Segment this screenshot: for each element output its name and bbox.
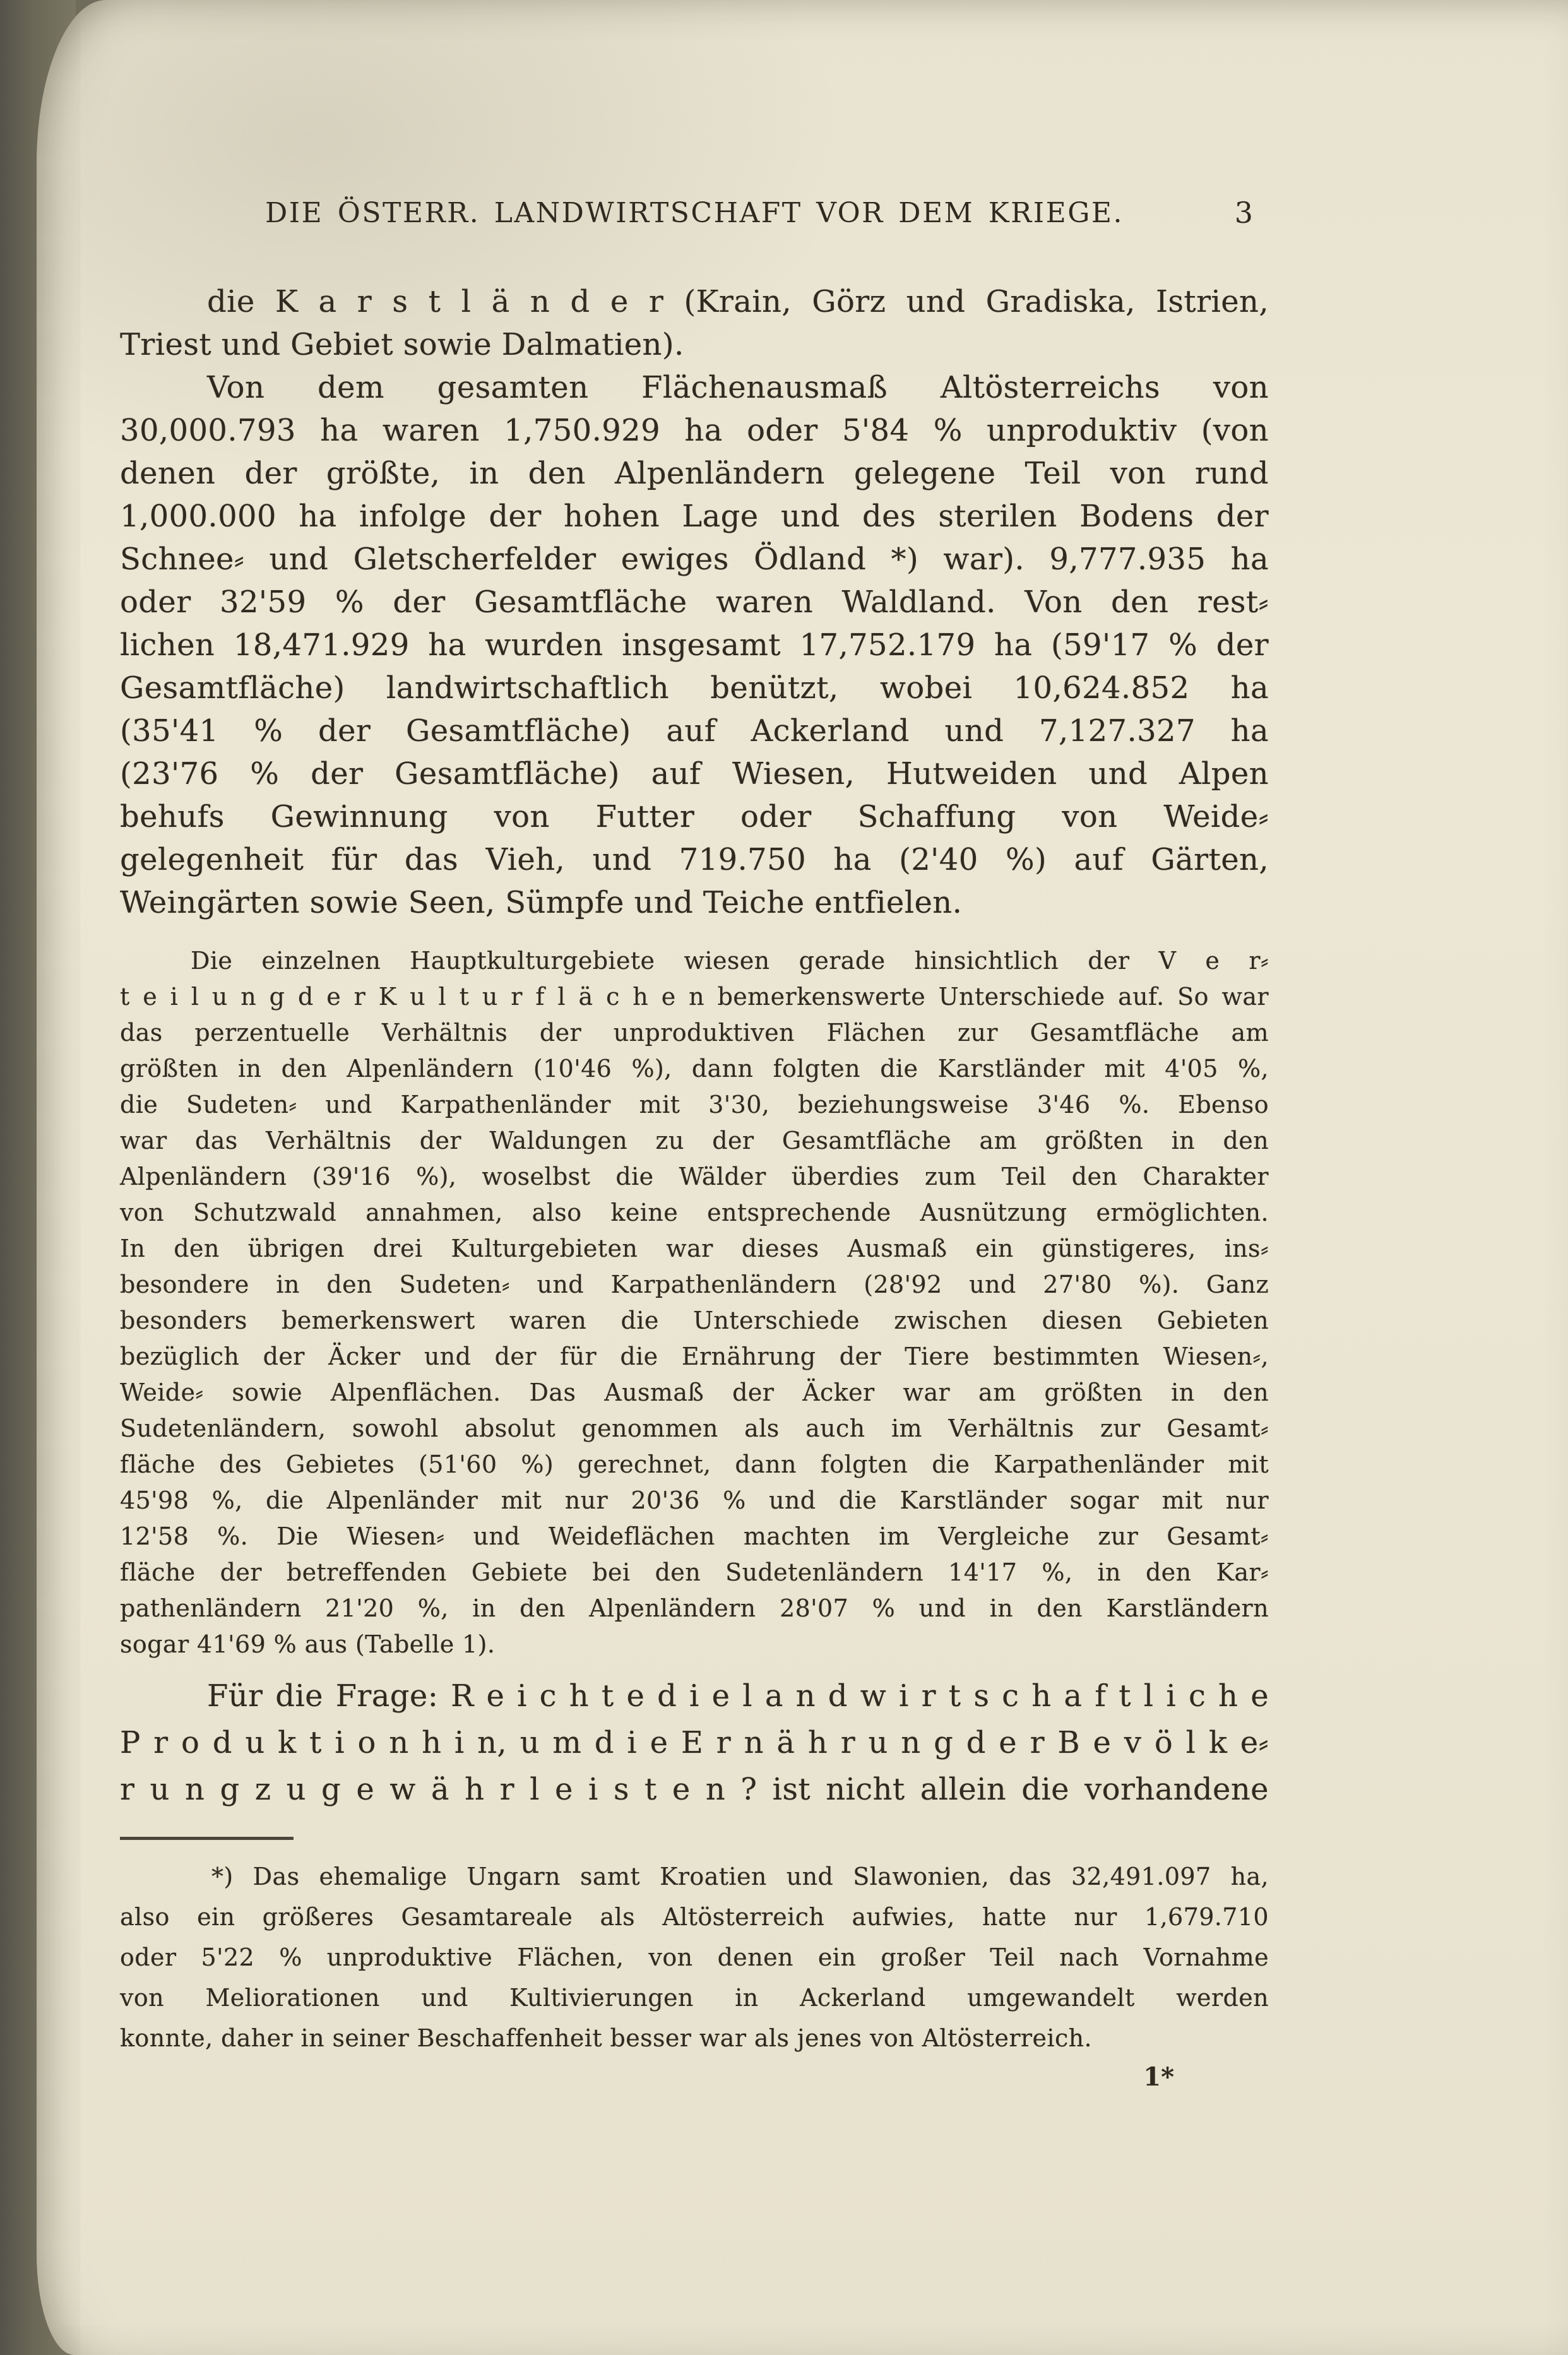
page-header: DIE ÖSTERR. LANDWIRTSCHAFT VOR DEM KRIEG… bbox=[120, 197, 1269, 235]
text-line: 1,000.000 ha infolge der hohen Lage und … bbox=[120, 495, 1269, 538]
running-head-title: DIE ÖSTERR. LANDWIRTSCHAFT VOR DEM KRIEG… bbox=[120, 197, 1269, 229]
text-line: oder 32'59 % der Gesamtfläche waren Wald… bbox=[120, 581, 1269, 624]
text-line: fläche des Gebietes (51'60 %) gerechnet,… bbox=[120, 1447, 1269, 1483]
text-line: Weingärten sowie Seen, Sümpfe und Teiche… bbox=[120, 881, 1269, 924]
footnote-line: konnte, daher in seiner Beschaffenheit b… bbox=[120, 2018, 1269, 2058]
text-line: pathenländern 21'20 %, in den Alpenlände… bbox=[120, 1591, 1269, 1627]
text-line: besondere in den Sudeten⸗ und Karpathenl… bbox=[120, 1267, 1269, 1303]
text-line: r u n g z u g e w ä h r l e i s t e n ? … bbox=[120, 1766, 1269, 1813]
paragraph-area-statistics: Von dem gesamten Flächenausmaß Altösterr… bbox=[120, 366, 1269, 924]
text-line: die K a r s t l ä n d e r (Krain, Görz u… bbox=[120, 280, 1269, 323]
footnote-line: *) Das ehemalige Ungarn samt Kroatien un… bbox=[120, 1856, 1269, 1897]
text-line: von Schutzwald annahmen, also keine ents… bbox=[120, 1195, 1269, 1231]
text-line: Alpenländern (39'16 %), woselbst die Wäl… bbox=[120, 1159, 1269, 1195]
text-line: P r o d u k t i o n h i n, u m d i e E r… bbox=[120, 1719, 1269, 1766]
text-line: größten in den Alpenländern (10'46 %), d… bbox=[120, 1051, 1269, 1087]
text-line: besonders bemerkenswert waren die Unters… bbox=[120, 1303, 1269, 1339]
text-line: gelegenheit für das Vieh, und 719.750 ha… bbox=[120, 838, 1269, 881]
text-line: Für die Frage: R e i c h t e d i e l a n… bbox=[120, 1673, 1269, 1719]
text-line: 30,000.793 ha waren 1,750.929 ha oder 5'… bbox=[120, 409, 1269, 452]
text-line: 12'58 %. Die Wiesen⸗ und Weideflächen ma… bbox=[120, 1519, 1269, 1555]
text-line: war das Verhältnis der Waldungen zu der … bbox=[120, 1123, 1269, 1159]
scanned-book-page: { "page": { "header_title": "DIE ÖSTERR.… bbox=[0, 0, 1568, 2355]
page-number: 3 bbox=[1235, 196, 1253, 230]
text-line: fläche der betreffenden Gebiete bei den … bbox=[120, 1555, 1269, 1591]
paragraph-karstlaender: die K a r s t l ä n d e r (Krain, Görz u… bbox=[120, 280, 1269, 366]
text-line: In den übrigen drei Kulturgebieten war d… bbox=[120, 1231, 1269, 1267]
footnote-divider bbox=[120, 1837, 294, 1840]
footnote-line: oder 5'22 % unproduktive Flächen, von de… bbox=[120, 1937, 1269, 1978]
text-line: 45'98 %, die Alpenländer mit nur 20'36 %… bbox=[120, 1483, 1269, 1519]
text-line: Die einzelnen Hauptkulturgebiete wiesen … bbox=[120, 943, 1269, 979]
paragraph-culture-regions: Die einzelnen Hauptkulturgebiete wiesen … bbox=[120, 943, 1269, 1663]
footnote-line: von Meliorationen und Kultivierungen in … bbox=[120, 1978, 1269, 2018]
signature-mark: 1* bbox=[120, 2062, 1269, 2092]
text-line: Gesamtfläche) landwirtschaftlich benützt… bbox=[120, 667, 1269, 709]
text-line: Weide⸗ sowie Alpenflächen. Das Ausmaß de… bbox=[120, 1375, 1269, 1411]
text-line: behufs Gewinnung von Futter oder Schaffu… bbox=[120, 795, 1269, 838]
text-line: t e i l u n g d e r K u l t u r f l ä c … bbox=[120, 979, 1269, 1015]
text-line: lichen 18,471.929 ha wurden insgesamt 17… bbox=[120, 624, 1269, 667]
text-line: Sudetenländern, sowohl absolut genommen … bbox=[120, 1411, 1269, 1447]
text-line: Triest und Gebiet sowie Dalmatien). bbox=[120, 323, 1269, 366]
text-line: bezüglich der Äcker und der für die Ernä… bbox=[120, 1339, 1269, 1375]
text-line: die Sudeten⸗ und Karpathenländer mit 3'3… bbox=[120, 1087, 1269, 1123]
text-line: (35'41 % der Gesamtfläche) auf Ackerland… bbox=[120, 709, 1269, 752]
paragraph-question: Für die Frage: R e i c h t e d i e l a n… bbox=[120, 1673, 1269, 1813]
text-line: denen der größte, in den Alpenländern ge… bbox=[120, 452, 1269, 495]
text-line: Von dem gesamten Flächenausmaß Altösterr… bbox=[120, 366, 1269, 409]
page-content: DIE ÖSTERR. LANDWIRTSCHAFT VOR DEM KRIEG… bbox=[120, 197, 1269, 2092]
footnote: *) Das ehemalige Ungarn samt Kroatien un… bbox=[120, 1856, 1269, 2058]
text-line: Schnee⸗ und Gletscherfelder ewiges Ödlan… bbox=[120, 538, 1269, 581]
footnote-line: also ein größeres Gesamtareale als Altös… bbox=[120, 1897, 1269, 1937]
text-line: das perzentuelle Verhältnis der unproduk… bbox=[120, 1015, 1269, 1051]
text-line: (23'76 % der Gesamtfläche) auf Wiesen, H… bbox=[120, 752, 1269, 795]
text-line: sogar 41'69 % aus (Tabelle 1). bbox=[120, 1627, 1269, 1663]
main-text: die K a r s t l ä n d e r (Krain, Görz u… bbox=[120, 280, 1269, 2092]
